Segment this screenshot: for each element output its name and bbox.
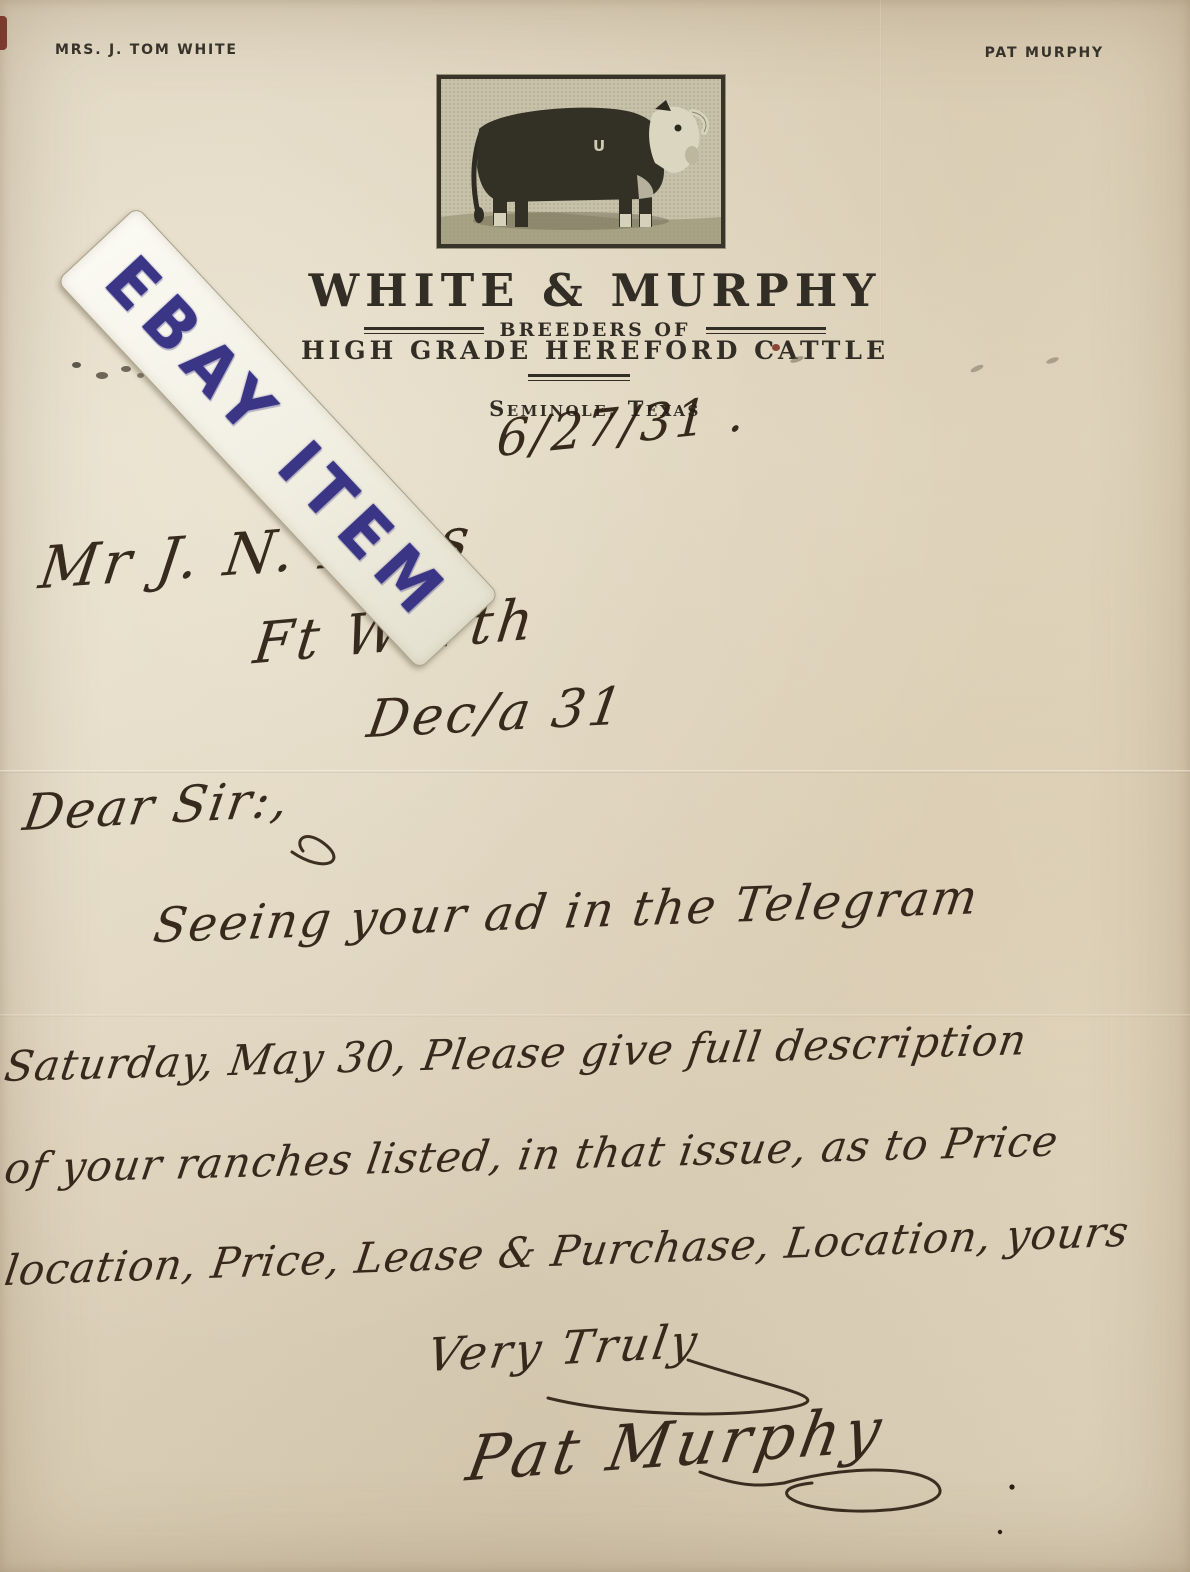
fold-crease-horizontal-1 (0, 770, 1190, 773)
handwritten-body-line-2: Saturday, May 30, Please give full descr… (1, 1015, 1030, 1091)
ink-speck (121, 366, 131, 372)
cattle-photo-frame: U (437, 75, 725, 248)
edge-ink-mark (0, 16, 7, 50)
fold-crease-horizontal-2 (0, 1014, 1190, 1017)
handwritten-body-line-3: of your ranches listed, in that issue, a… (1, 1116, 1062, 1193)
bull-brand-mark: U (593, 137, 605, 155)
handwritten-salutation: Dear Sir:, (19, 770, 294, 842)
ink-speck (96, 372, 108, 379)
red-ink-blot (772, 344, 780, 351)
header-left-name: MRS. J. TOM WHITE (55, 42, 238, 58)
handwritten-closing: Very Truly (424, 1314, 704, 1383)
handwritten-body-line-1: Seeing your ad in the Telegram (150, 869, 983, 954)
ink-speck (72, 362, 81, 368)
fold-crease-vertical (880, 0, 882, 340)
letter-scan-page: MRS. J. TOM WHITE PAT MURPHY (0, 0, 1190, 1572)
rule-left (364, 327, 484, 334)
hereford-bull-image: U (441, 79, 721, 244)
header-right-name: PAT MURPHY (985, 45, 1104, 61)
signature: Pat Murphy (461, 1392, 891, 1495)
handwritten-address-line3: Dec/a 31 (363, 676, 629, 750)
rule-right (706, 327, 826, 334)
divider-rule (528, 374, 630, 381)
handwritten-body-line-4: location, Price, Lease & Purchase, Locat… (2, 1207, 1133, 1296)
